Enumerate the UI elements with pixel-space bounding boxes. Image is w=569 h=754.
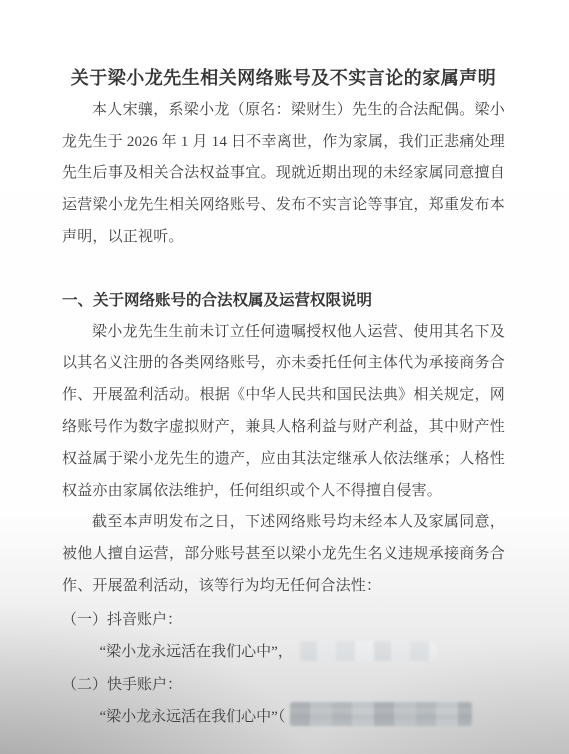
kuaishou-account-line: “梁小龙永远活在我们心中”（ — [62, 702, 505, 734]
document-title: 关于梁小龙先生相关网络账号及不实言论的家属声明 — [62, 63, 505, 95]
intro-paragraph: 本人宋骧，系梁小龙（原名：梁财生）先生的合法配偶。梁小龙先生于 2026 年 1… — [62, 95, 505, 254]
section-1-paragraph-2: 截至本声明发布之日，下述网络账号均未经本人及家属同意，被他人擅自运营，部分账号甚… — [62, 507, 505, 602]
kuaishou-account-label: （二）快手账户： — [62, 670, 505, 702]
douyin-account-label: （一）抖音账户： — [62, 605, 505, 637]
douyin-account-id-redaction-block — [300, 641, 438, 661]
douyin-account-name: “梁小龙永远活在我们心中”， — [100, 644, 293, 660]
statement-document: 关于梁小龙先生相关网络账号及不实言论的家属声明 本人宋骧，系梁小龙（原名：梁财生… — [0, 0, 569, 734]
section-1-heading: 一、关于网络账号的合法权属及运营权限说明 — [62, 285, 505, 317]
document-photo-page: 关于梁小龙先生相关网络账号及不实言论的家属声明 本人宋骧，系梁小龙（原名：梁财生… — [0, 0, 569, 754]
kuaishou-account-name: “梁小龙永远活在我们心中”（ — [100, 709, 286, 725]
section-1-paragraph-1: 梁小龙先生生前未订立任何遗嘱授权他人运营、使用其名下及以其名义注册的各类网络账号… — [62, 317, 505, 508]
douyin-account-line: “梁小龙永远活在我们心中”， — [62, 637, 505, 669]
kuaishou-account-id-redaction-block — [290, 702, 472, 726]
